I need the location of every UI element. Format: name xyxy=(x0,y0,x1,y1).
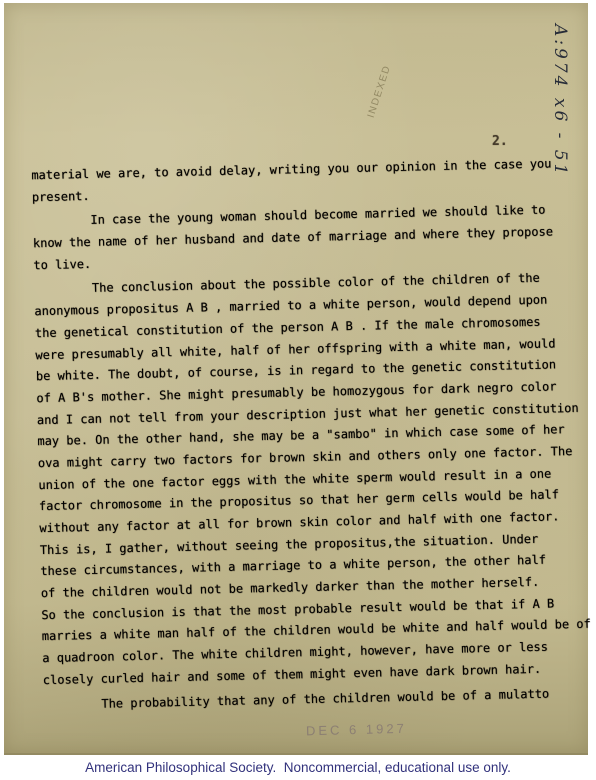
received-date-stamp: DEC 6 1927 xyxy=(306,721,407,739)
attribution-caption: American Philosophical Society. Noncomme… xyxy=(0,760,596,775)
page-number: 2. xyxy=(492,134,508,149)
typed-letter-body: material we are, to avoid delay, writing… xyxy=(31,153,583,716)
